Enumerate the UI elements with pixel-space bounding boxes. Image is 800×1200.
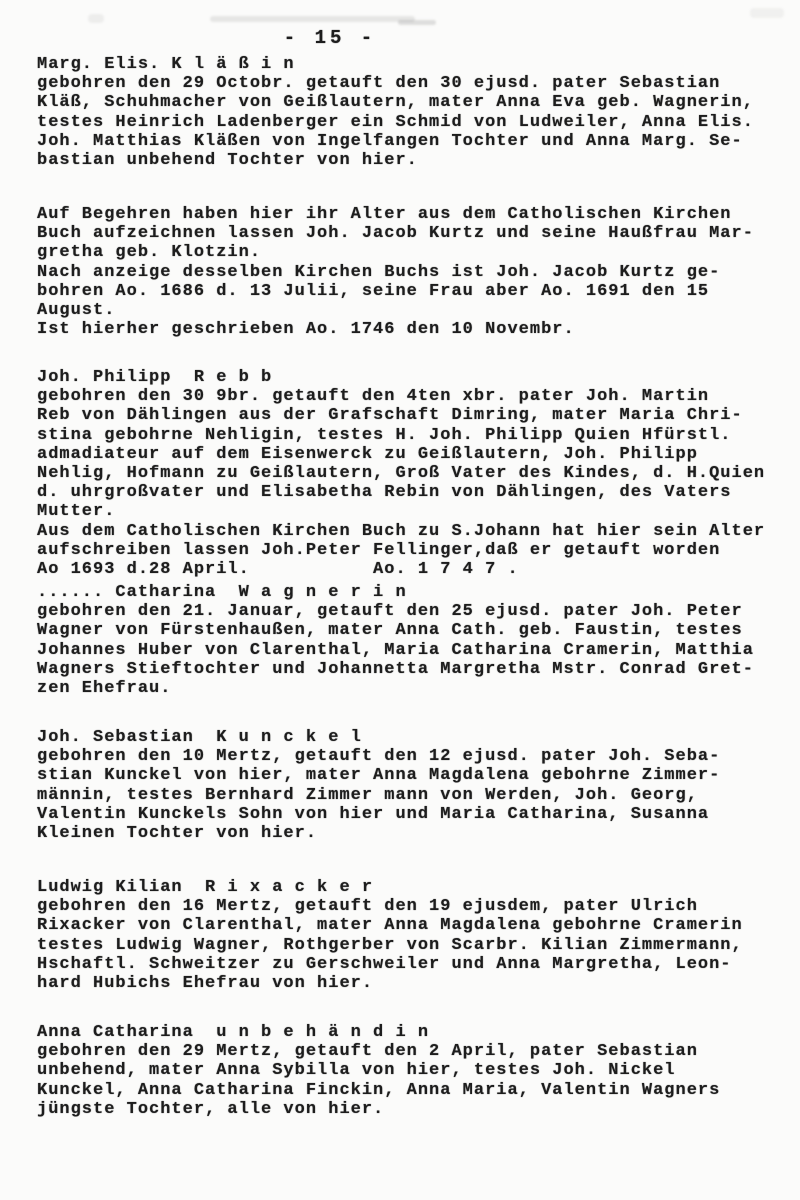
note-kurtz-alter: Auf Begehren haben hier ihr Alter aus de…	[37, 205, 792, 339]
text-line: aufschreiben lassen Joh.Peter Fellinger,…	[37, 541, 792, 560]
scan-artifact	[750, 8, 784, 18]
text-line: Ao 1693 d.28 April. Ao. 1 7 4 7 .	[37, 560, 792, 579]
entry-ludwig-kilian-rixacker: Ludwig Kilian R i x a c k e rgebohren de…	[37, 878, 792, 993]
entry-joh-philipp-rebb: Joh. Philipp R e b bgebohren den 30 9br.…	[37, 368, 792, 579]
text-line: testes Heinrich Ladenberger ein Schmid v…	[37, 113, 792, 132]
text-line: Ist hierher geschrieben Ao. 1746 den 10 …	[37, 320, 792, 339]
text-line: August.	[37, 301, 792, 320]
text-line: gretha geb. Klotzin.	[37, 243, 792, 262]
text-line: d. uhrgroßvater und Elisabetha Rebin von…	[37, 483, 792, 502]
text-line: gebohren den 10 Mertz, getauft den 12 ej…	[37, 747, 792, 766]
scan-artifact	[88, 14, 104, 23]
text-line: Joh. Philipp R e b b	[37, 368, 792, 387]
text-line: stian Kunckel von hier, mater Anna Magda…	[37, 766, 792, 785]
text-line: jüngste Tochter, alle von hier.	[37, 1100, 792, 1119]
text-line: gebohren den 29 Mertz, getauft den 2 Apr…	[37, 1042, 792, 1061]
text-line: gebohren den 30 9br. getauft den 4ten xb…	[37, 387, 792, 406]
text-line: Nehlig, Hofmann zu Geißlautern, Groß Vat…	[37, 464, 792, 483]
text-line: bastian unbehend Tochter von hier.	[37, 151, 792, 170]
text-line: zen Ehefrau.	[37, 679, 792, 698]
entry-joh-sebastian-kunckel: Joh. Sebastian K u n c k e lgebohren den…	[37, 728, 792, 843]
text-line: Johannes Huber von Clarenthal, Maria Cat…	[37, 641, 792, 660]
text-line: Wagners Stieftochter und Johannetta Marg…	[37, 660, 792, 679]
text-line: stina gebohrne Nehligin, testes H. Joh. …	[37, 426, 792, 445]
text-line: Joh. Sebastian K u n c k e l	[37, 728, 792, 747]
text-line: Buch aufzeichnen lassen Joh. Jacob Kurtz…	[37, 224, 792, 243]
text-line: männin, testes Bernhard Zimmer mann von …	[37, 786, 792, 805]
text-line: Marg. Elis. K l ä ß i n	[37, 55, 792, 74]
text-line: Auf Begehren haben hier ihr Alter aus de…	[37, 205, 792, 224]
scanned-document-page: - 15 - Marg. Elis. K l ä ß i ngebohren d…	[0, 0, 800, 1200]
text-line: Kleinen Tochter von hier.	[37, 824, 792, 843]
text-line: gebohren den 29 Octobr. getauft den 30 e…	[37, 74, 792, 93]
text-line: Kläß, Schuhmacher von Geißlautern, mater…	[37, 93, 792, 112]
text-line: testes Ludwig Wagner, Rothgerber von Sca…	[37, 936, 792, 955]
text-line: hard Hubichs Ehefrau von hier.	[37, 974, 792, 993]
text-line: Nach anzeige desselben Kirchen Buchs ist…	[37, 263, 792, 282]
text-line: gebohren den 21. Januar, getauft den 25 …	[37, 602, 792, 621]
entry-marg-elis-klaessin: Marg. Elis. K l ä ß i ngebohren den 29 O…	[37, 55, 792, 170]
text-line: admadiateur auf dem Eisenwerck zu Geißla…	[37, 445, 792, 464]
scan-artifact	[398, 20, 436, 25]
text-line: Aus dem Catholischen Kirchen Buch zu S.J…	[37, 522, 792, 541]
text-line: gebohren den 16 Mertz, getauft den 19 ej…	[37, 897, 792, 916]
text-line: Anna Catharina u n b e h ä n d i n	[37, 1023, 792, 1042]
text-line: Mutter.	[37, 502, 792, 521]
text-line: unbehend, mater Anna Sybilla von hier, t…	[37, 1061, 792, 1080]
text-line: bohren Ao. 1686 d. 13 Julii, seine Frau …	[37, 282, 792, 301]
text-line: Wagner von Fürstenhaußen, mater Anna Cat…	[37, 621, 792, 640]
text-line: ...... Catharina W a g n e r i n	[37, 583, 792, 602]
scan-artifact	[210, 16, 415, 22]
text-line: Ludwig Kilian R i x a c k e r	[37, 878, 792, 897]
text-line: Hschaftl. Schweitzer zu Gerschweiler und…	[37, 955, 792, 974]
entry-anna-catharina-unbehaendin: Anna Catharina u n b e h ä n d i ngebohr…	[37, 1023, 792, 1119]
text-line: Rixacker von Clarenthal, mater Anna Magd…	[37, 916, 792, 935]
text-line: Kunckel, Anna Catharina Finckin, Anna Ma…	[37, 1081, 792, 1100]
text-line: Valentin Kunckels Sohn von hier und Mari…	[37, 805, 792, 824]
text-line: Reb von Dählingen aus der Grafschaft Dim…	[37, 406, 792, 425]
text-line: Joh. Matthias Kläßen von Ingelfangen Toc…	[37, 132, 792, 151]
entry-catharina-wagnerin: ...... Catharina W a g n e r i ngebohren…	[37, 583, 792, 698]
page-number: - 15 -	[0, 27, 660, 49]
